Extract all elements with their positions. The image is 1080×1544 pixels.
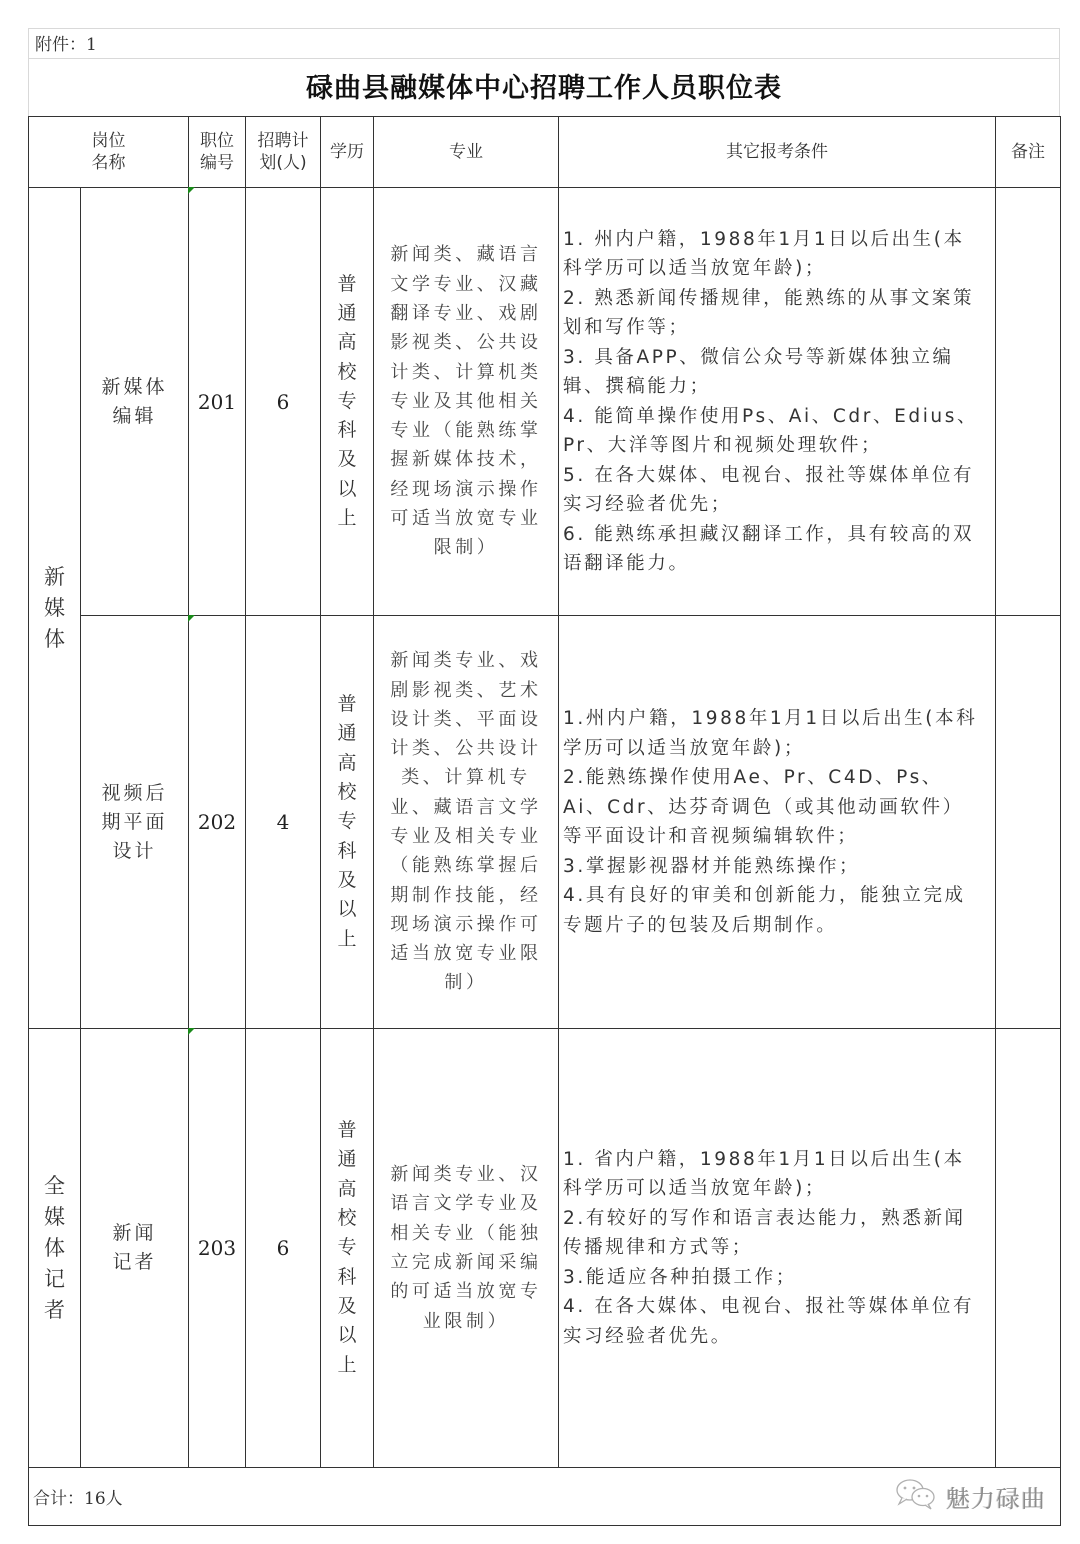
condition-item: 3.掌握影视器材并能熟练操作；: [563, 852, 983, 882]
header-position-code: 职位 编号: [189, 117, 246, 188]
header-education: 学历: [321, 117, 374, 188]
header-text: 编号: [189, 152, 245, 174]
page-title: 碌曲县融媒体中心招聘工作人员职位表: [29, 59, 1059, 118]
remarks-cell: [996, 188, 1061, 616]
footer-cell: 合计：16人 魅力碌曲: [29, 1468, 1061, 1526]
positions-table: 岗位 名称 职位 编号 招聘计 划(人) 学历 专业 其它报考条件 备注 新 媒…: [28, 116, 1061, 1526]
category-char: 者: [29, 1295, 80, 1326]
header-remarks: 备注: [996, 117, 1061, 188]
education-char: 校: [321, 778, 373, 807]
condition-item: 4. 在各大媒体、电视台、报社等媒体单位有实习经验者优先。: [563, 1292, 983, 1351]
conditions-cell: 1. 省内户籍，1988年1月1日以后出生(本科学历可以适当放宽年龄)； 2.有…: [559, 1029, 996, 1468]
education-char: 通: [321, 719, 373, 748]
education-char: 科: [321, 416, 373, 445]
major-cell: 新闻类专业、汉语言文学专业及相关专业（能独立完成新闻采编的可适当放宽专业限制）: [374, 1029, 559, 1468]
condition-item: 5. 在各大媒体、电视台、报社等媒体单位有实习经验者优先；: [563, 461, 983, 520]
header-row: 岗位 名称 职位 编号 招聘计 划(人) 学历 专业 其它报考条件 备注: [29, 117, 1061, 188]
education-char: 及: [321, 1292, 373, 1321]
condition-item: 3. 具备APP、微信公众号等新媒体独立编辑、撰稿能力；: [563, 343, 983, 402]
plan-count-cell: 4: [246, 616, 321, 1029]
category-char: 记: [29, 1264, 80, 1295]
watermark: 魅力碌曲: [894, 1478, 1046, 1514]
education-char: 专: [321, 387, 373, 416]
education-char: 普: [321, 690, 373, 719]
table-row: 全 媒 体 记 者 新闻记者 203 6 普 通 高 校 专 科 及 以 上: [29, 1029, 1061, 1468]
condition-item: 4. 能简单操作使用Ps、Ai、Cdr、Edius、Pr、大洋等图片和视频处理软…: [563, 402, 983, 461]
education-char: 通: [321, 1145, 373, 1174]
education-char: 上: [321, 504, 373, 533]
education-char: 普: [321, 1116, 373, 1145]
table-row: 视频后期平面设计 202 4 普 通 高 校 专 科 及 以 上 新闻类专业、戏…: [29, 616, 1061, 1029]
category-char: 全: [29, 1171, 80, 1202]
table-row: 新 媒 体 新媒体编辑 201 6 普 通 高 校 专 科 及 以 上 新闻类、…: [29, 188, 1061, 616]
education-char: 专: [321, 807, 373, 836]
condition-item: 1.州内户籍，1988年1月1日以后出生(本科学历可以适当放宽年龄)；: [563, 704, 983, 763]
remarks-cell: [996, 616, 1061, 1029]
plan-count-cell: 6: [246, 188, 321, 616]
condition-item: 2.有较好的写作和语言表达能力，熟悉新闻传播规律和方式等；: [563, 1204, 983, 1263]
condition-item: 2. 熟悉新闻传播规律，能熟练的从事文案策划和写作等；: [563, 284, 983, 343]
education-char: 专: [321, 1233, 373, 1262]
education-char: 校: [321, 1204, 373, 1233]
cell-flag-icon: [188, 615, 195, 622]
condition-item: 4.具有良好的审美和创新能力，能独立完成专题片子的包装及后期制作。: [563, 881, 983, 940]
education-char: 高: [321, 749, 373, 778]
category-char: 媒: [29, 593, 80, 624]
category-cell: 全 媒 体 记 者: [29, 1029, 81, 1468]
condition-item: 6. 能熟练承担藏汉翻译工作，具有较高的双语翻译能力。: [563, 520, 983, 579]
education-cell: 普 通 高 校 专 科 及 以 上: [321, 616, 374, 1029]
major-cell: 新闻类、藏语言文学专业、汉藏翻译专业、戏剧影视类、公共设计类、计算机类专业及其他…: [374, 188, 559, 616]
education-char: 通: [321, 299, 373, 328]
position-name-cell: 新媒体编辑: [81, 188, 189, 616]
document-header: 附件：1 碌曲县融媒体中心招聘工作人员职位表: [28, 28, 1060, 117]
position-code-cell: 201: [189, 188, 246, 616]
education-char: 校: [321, 358, 373, 387]
position-code-cell: 203: [189, 1029, 246, 1468]
position-code-cell: 202: [189, 616, 246, 1029]
wechat-icon: [894, 1477, 940, 1515]
conditions-cell: 1. 州内户籍，1988年1月1日以后出生(本科学历可以适当放宽年龄)； 2. …: [559, 188, 996, 616]
header-plan: 招聘计 划(人): [246, 117, 321, 188]
header-position-name: 岗位 名称: [29, 117, 189, 188]
remarks-cell: [996, 1029, 1061, 1468]
education-char: 高: [321, 328, 373, 357]
header-text: 名称: [29, 152, 188, 174]
category-char: 体: [29, 1233, 80, 1264]
position-code: 201: [198, 390, 236, 414]
education-char: 以: [321, 1321, 373, 1350]
condition-item: 2.能熟练操作使用Ae、Pr、C4D、Ps、Ai、Cdr、达芬奇调色（或其他动画…: [563, 763, 983, 852]
education-char: 及: [321, 445, 373, 474]
header-other-conditions: 其它报考条件: [559, 117, 996, 188]
education-char: 普: [321, 270, 373, 299]
category-char: 新: [29, 562, 80, 593]
position-code: 203: [198, 1236, 236, 1260]
header-major: 专业: [374, 117, 559, 188]
position-name-cell: 新闻记者: [81, 1029, 189, 1468]
plan-count-cell: 6: [246, 1029, 321, 1468]
header-text: 职位: [189, 130, 245, 152]
condition-item: 3.能适应各种拍摄工作；: [563, 1263, 983, 1293]
footer-row: 合计：16人 魅力碌曲: [29, 1468, 1061, 1526]
major-cell: 新闻类专业、戏剧影视类、艺术设计类、平面设计类、公共设计类、计算机专业、藏语言文…: [374, 616, 559, 1029]
total-label: 合计：16人: [33, 1489, 123, 1509]
education-cell: 普 通 高 校 专 科 及 以 上: [321, 188, 374, 616]
category-char: 体: [29, 624, 80, 655]
header-text: 岗位: [29, 130, 188, 152]
category-cell: 新 媒 体: [29, 188, 81, 1029]
education-char: 上: [321, 1351, 373, 1380]
conditions-cell: 1.州内户籍，1988年1月1日以后出生(本科学历可以适当放宽年龄)； 2.能熟…: [559, 616, 996, 1029]
header-text: 划(人): [246, 152, 320, 174]
education-char: 上: [321, 925, 373, 954]
cell-flag-icon: [188, 187, 195, 194]
education-char: 高: [321, 1175, 373, 1204]
header-text: 招聘计: [246, 130, 320, 152]
education-char: 及: [321, 866, 373, 895]
position-code: 202: [198, 810, 236, 834]
attachment-label: 附件：1: [35, 31, 97, 59]
position-name-cell: 视频后期平面设计: [81, 616, 189, 1029]
education-char: 以: [321, 895, 373, 924]
cell-flag-icon: [188, 1028, 195, 1035]
education-char: 科: [321, 1263, 373, 1292]
condition-item: 1. 州内户籍，1988年1月1日以后出生(本科学历可以适当放宽年龄)；: [563, 225, 983, 284]
watermark-text: 魅力碌曲: [946, 1479, 1046, 1514]
condition-item: 1. 省内户籍，1988年1月1日以后出生(本科学历可以适当放宽年龄)；: [563, 1145, 983, 1204]
education-char: 科: [321, 837, 373, 866]
education-cell: 普 通 高 校 专 科 及 以 上: [321, 1029, 374, 1468]
category-char: 媒: [29, 1202, 80, 1233]
education-char: 以: [321, 475, 373, 504]
